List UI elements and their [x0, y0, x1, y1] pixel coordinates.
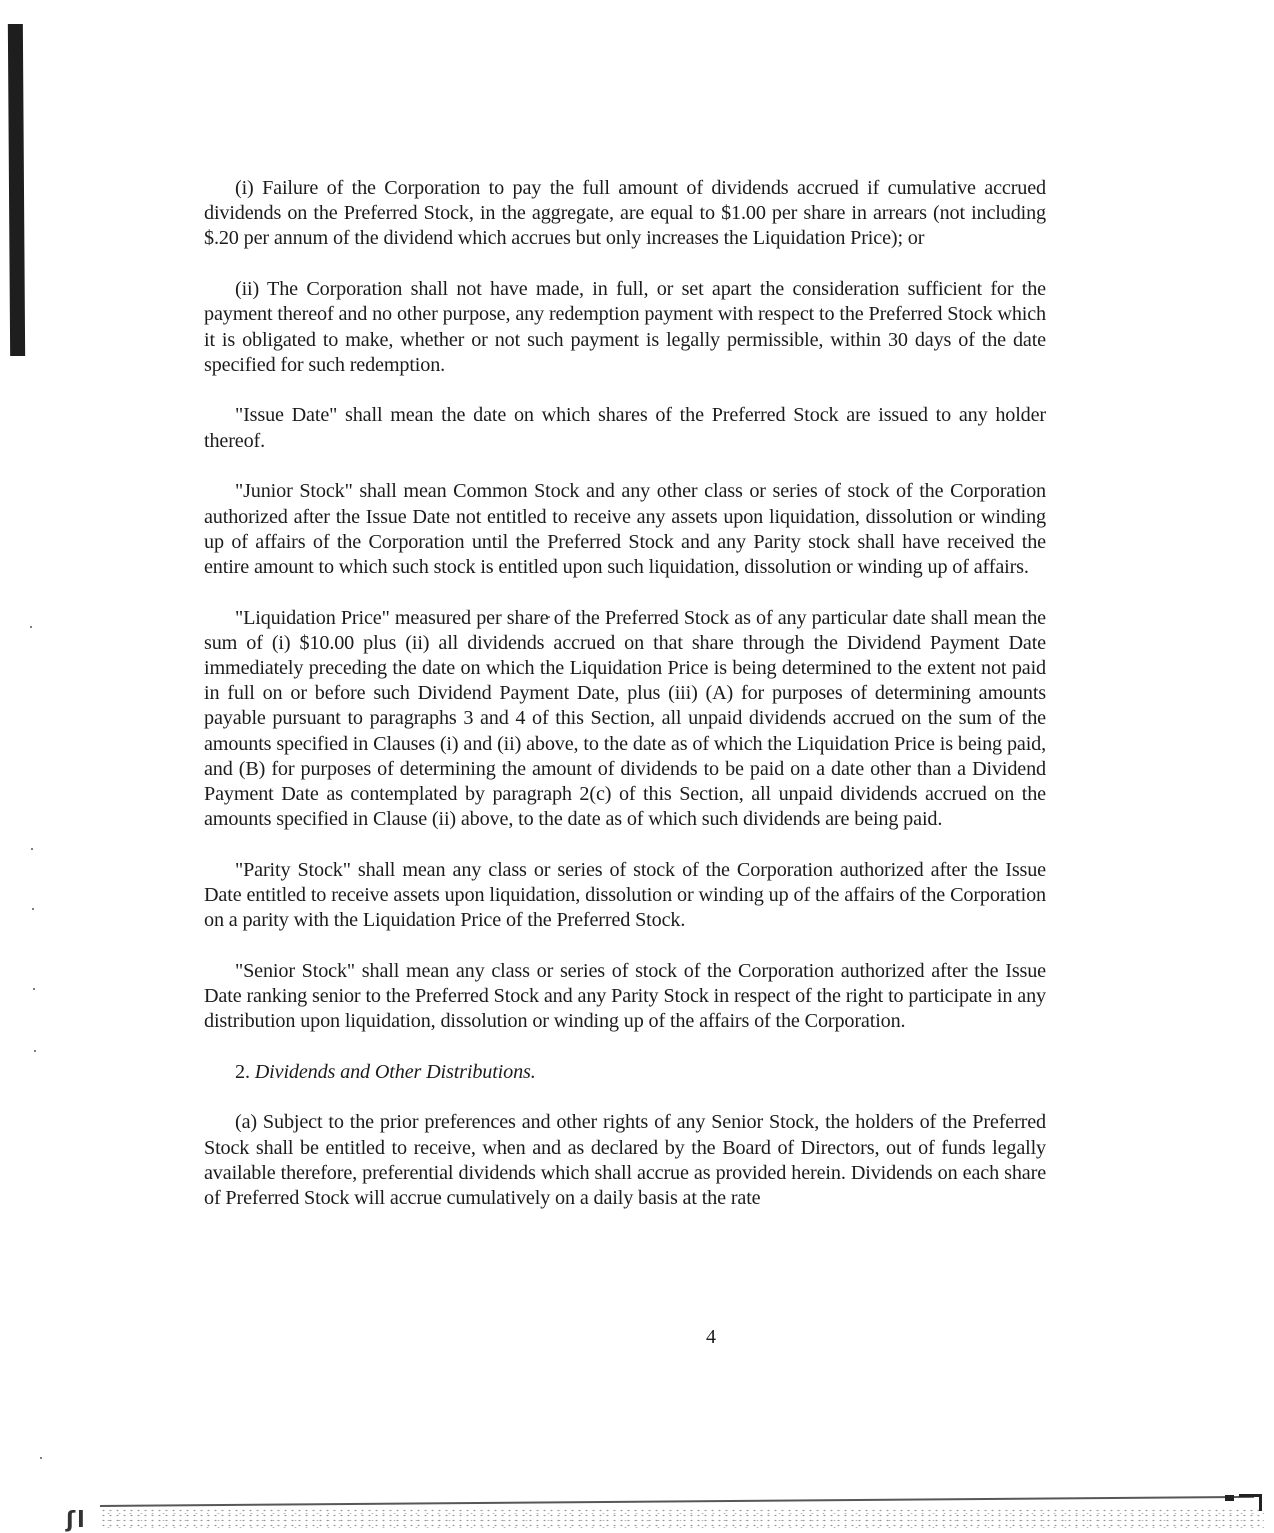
- scan-speck: [40, 1457, 42, 1459]
- junior-stock-definition: "Junior Stock" shall mean Common Stock a…: [204, 479, 1046, 580]
- senior-stock-definition: "Senior Stock" shall mean any class or s…: [204, 959, 1046, 1035]
- section-heading: 2. Dividends and Other Distributions.: [204, 1060, 1046, 1085]
- scan-speck: [30, 626, 32, 628]
- issue-date-definition: "Issue Date" shall mean the date on whic…: [204, 403, 1046, 453]
- parity-stock-definition: "Parity Stock" shall mean any class or s…: [204, 858, 1046, 934]
- document-page: (i) Failure of the Corporation to pay th…: [204, 176, 1046, 1237]
- scan-artifact-glyph: ʃl: [66, 1508, 87, 1533]
- clause-i-paragraph: (i) Failure of the Corporation to pay th…: [204, 176, 1046, 252]
- scan-edge-line: [100, 1496, 1254, 1507]
- scan-speck: [33, 988, 35, 990]
- section-title: Dividends and Other Distributions.: [255, 1061, 536, 1083]
- scan-artifact-corner: [1239, 1494, 1262, 1511]
- scan-speck: [31, 848, 33, 850]
- scan-speck: [34, 1050, 36, 1052]
- subsection-a-paragraph: (a) Subject to the prior preferences and…: [204, 1110, 1046, 1211]
- section-number: 2.: [235, 1061, 250, 1083]
- scan-artifact-blob: [1225, 1495, 1234, 1501]
- scan-speck: [32, 908, 34, 910]
- scan-artifact-bottom-edge: [40, 1500, 1274, 1530]
- page-number: 4: [440, 1326, 982, 1349]
- liquidation-price-definition: "Liquidation Price" measured per share o…: [204, 606, 1046, 833]
- clause-ii-paragraph: (ii) The Corporation shall not have made…: [204, 277, 1046, 378]
- scan-artifact-left-bar: [8, 24, 25, 356]
- scan-edge-noise: [100, 1508, 1264, 1528]
